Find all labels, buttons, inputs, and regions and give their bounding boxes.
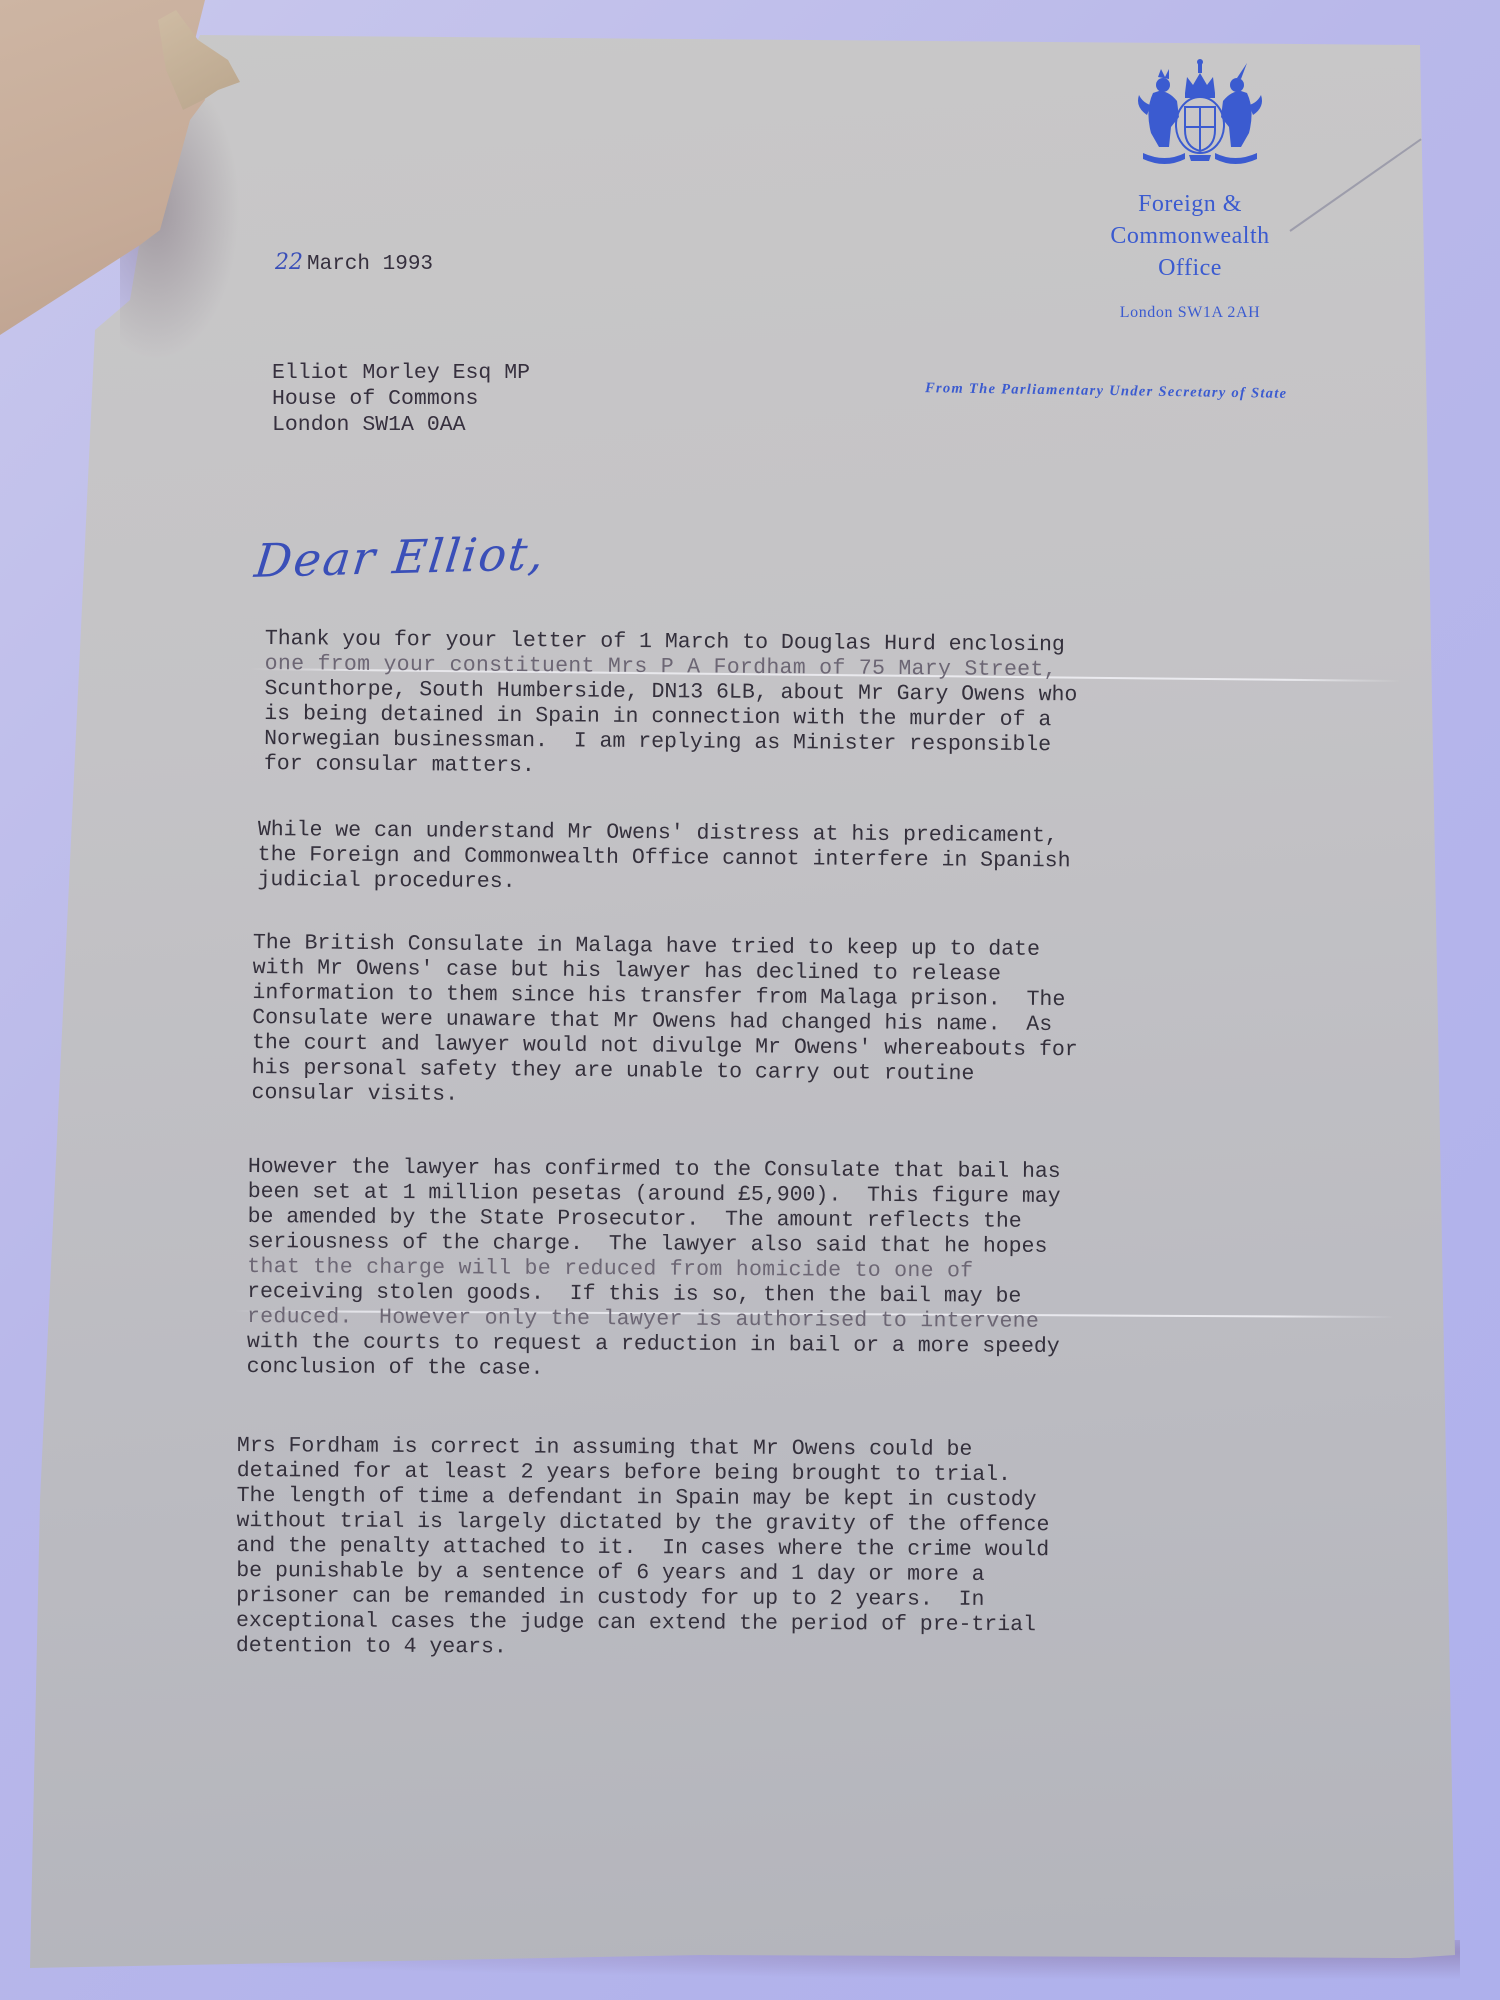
body-line: detention to 4 years. — [236, 1634, 1049, 1663]
recipient-line-3: London SW1A 0AA — [272, 412, 530, 438]
handwritten-salutation: Dear Elliot, — [252, 526, 549, 588]
body-paragraph-3: The British Consulate in Malaga have tri… — [251, 931, 1078, 1113]
date-month-year: March 1993 — [307, 253, 433, 276]
body-paragraph-1: Thank you for your letter of 1 March to … — [264, 627, 1078, 783]
body-line: conclusion of the case. — [247, 1355, 1060, 1385]
recipient-address: Elliot Morley Esq MP House of Commons Lo… — [272, 360, 530, 438]
body-paragraph-2: While we can understand Mr Owens' distre… — [257, 818, 1070, 899]
department-name-line-2: Commonwealth — [1020, 220, 1360, 252]
letter-date: 22March 1993 — [275, 250, 433, 276]
letterhead: Foreign & Commonwealth Office London SW1… — [1020, 55, 1360, 322]
department-address: London SW1A 2AH — [1020, 304, 1360, 322]
date-day-handwritten: 22 — [275, 250, 303, 275]
recipient-line-2: House of Commons — [272, 386, 530, 412]
department-name-line-1: Foreign & — [1020, 188, 1360, 220]
recipient-line-1: Elliot Morley Esq MP — [272, 360, 530, 386]
department-name: Foreign & Commonwealth Office — [1020, 188, 1360, 284]
body-paragraph-4: However the lawyer has confirmed to the … — [247, 1155, 1061, 1385]
body-paragraph-5: Mrs Fordham is correct in assuming that … — [236, 1434, 1050, 1663]
department-name-line-3: Office — [1020, 252, 1360, 284]
royal-coat-of-arms-icon — [1125, 55, 1275, 170]
